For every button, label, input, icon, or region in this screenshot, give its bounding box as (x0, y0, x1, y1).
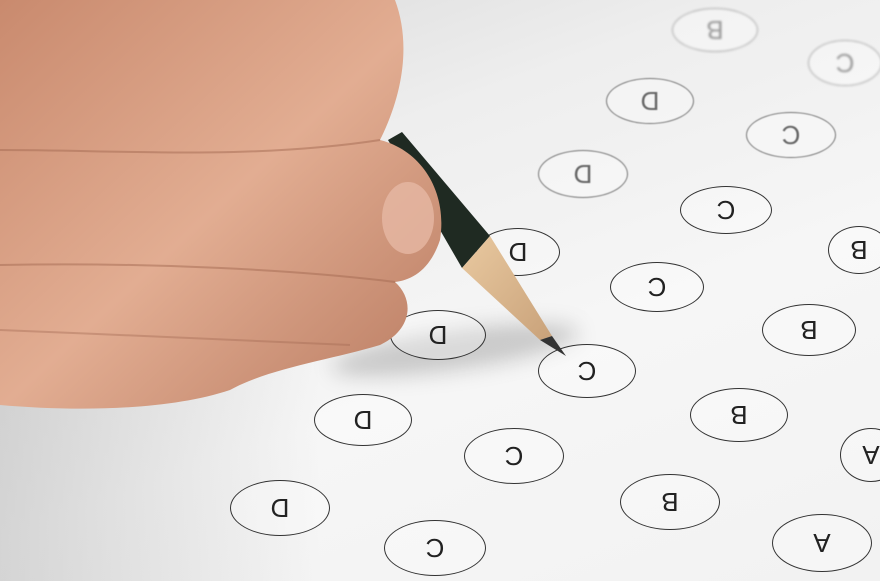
answer-sheet-photo: BCDCDCBDCDBCDBCADBCA (0, 0, 880, 581)
pencil-lead (540, 336, 566, 356)
fingernail (382, 182, 434, 254)
hand-with-pencil (0, 0, 880, 581)
hand (0, 0, 441, 409)
